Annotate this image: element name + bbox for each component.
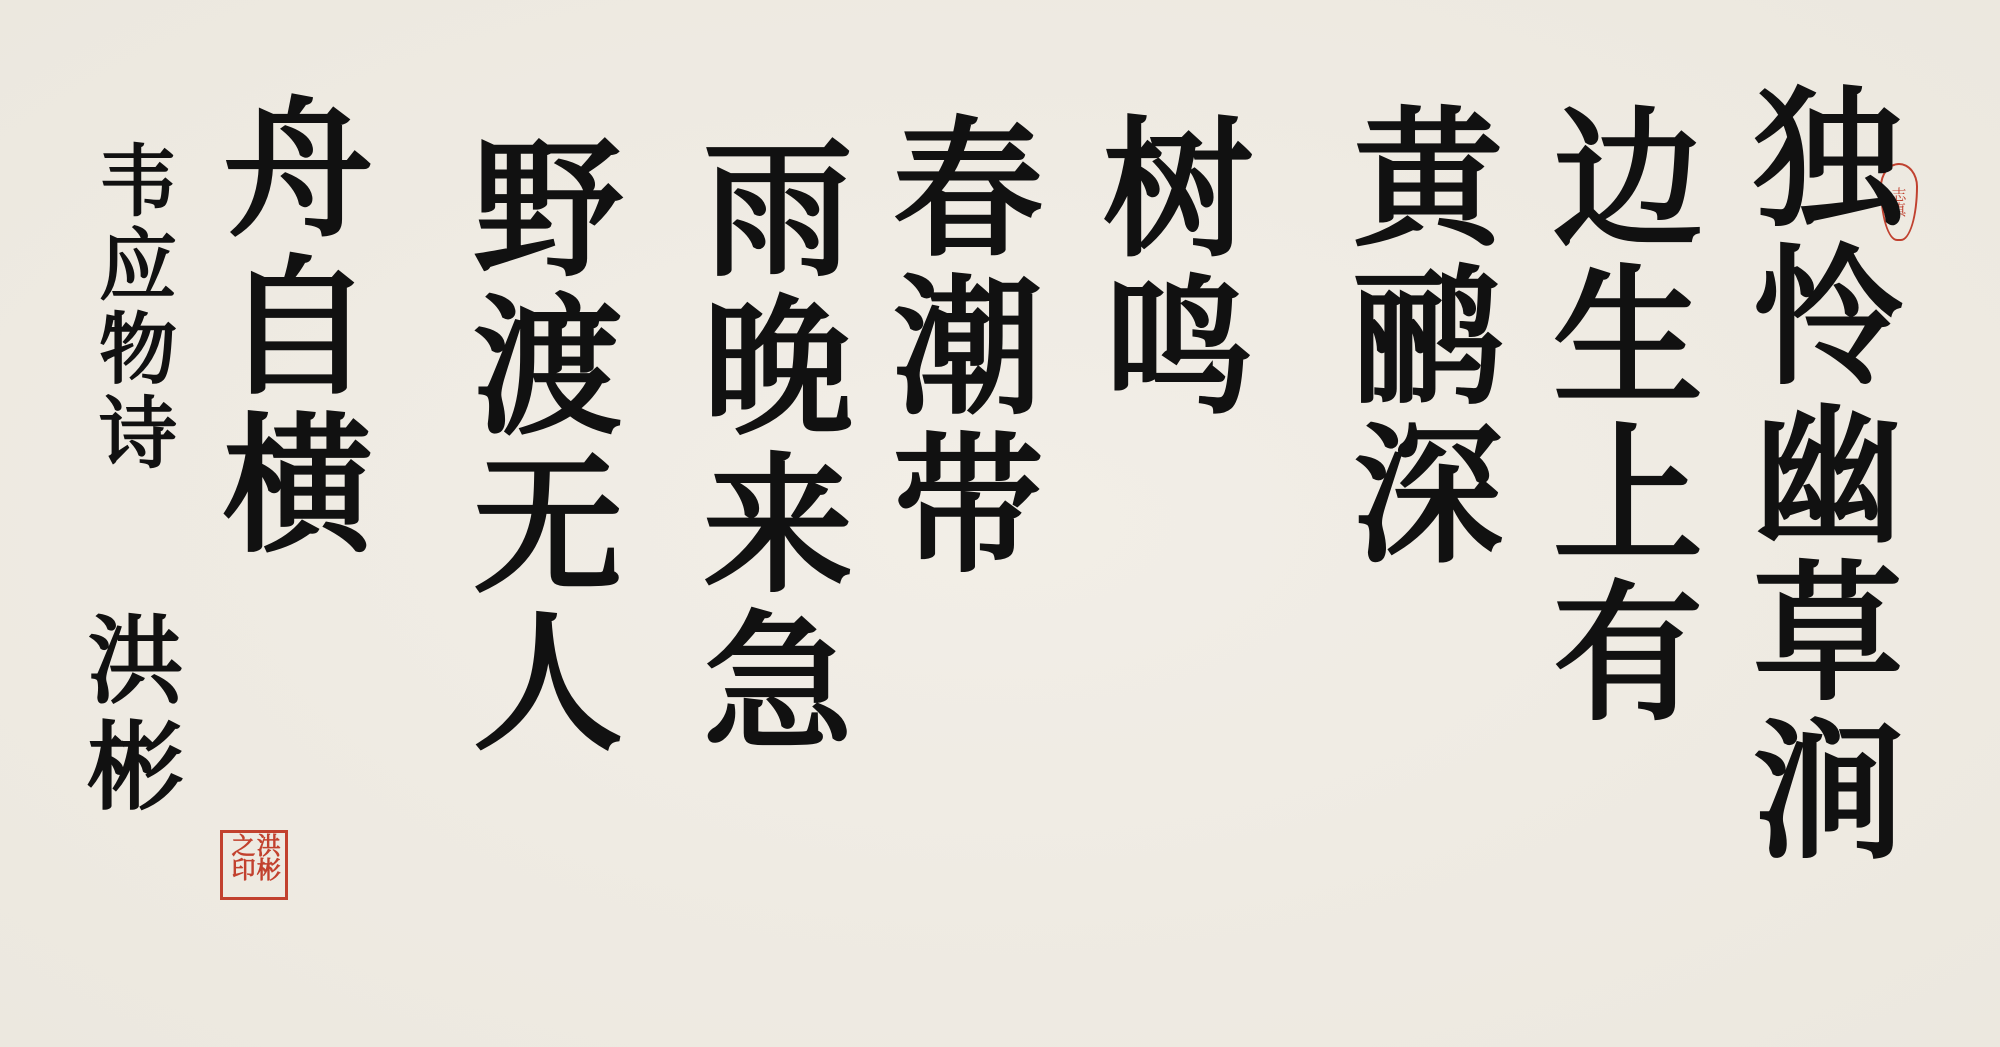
inscription: 韦应物诗 [92,140,170,476]
signature: 洪彬 [80,610,176,822]
text-column-8: 舟自横 [210,90,360,564]
calligraphy-artwork: 志真 独怜幽草涧 边生上有 黄鹂深 树鸣 春潮带 雨晚来急 野渡无人 舟自横 韦… [0,0,2000,1047]
text-column-4: 树鸣 [1090,110,1240,426]
text-column-2: 边生上有 [1540,100,1690,732]
text-column-6: 雨晚来急 [690,130,840,762]
text-column-3: 黄鹂深 [1340,100,1490,574]
text-column-7: 野渡无人 [460,130,610,762]
text-column-1: 独怜幽草涧 [1740,80,1890,870]
text-column-5: 春潮带 [880,110,1030,584]
name-seal: 洪彬之印 [220,830,288,900]
